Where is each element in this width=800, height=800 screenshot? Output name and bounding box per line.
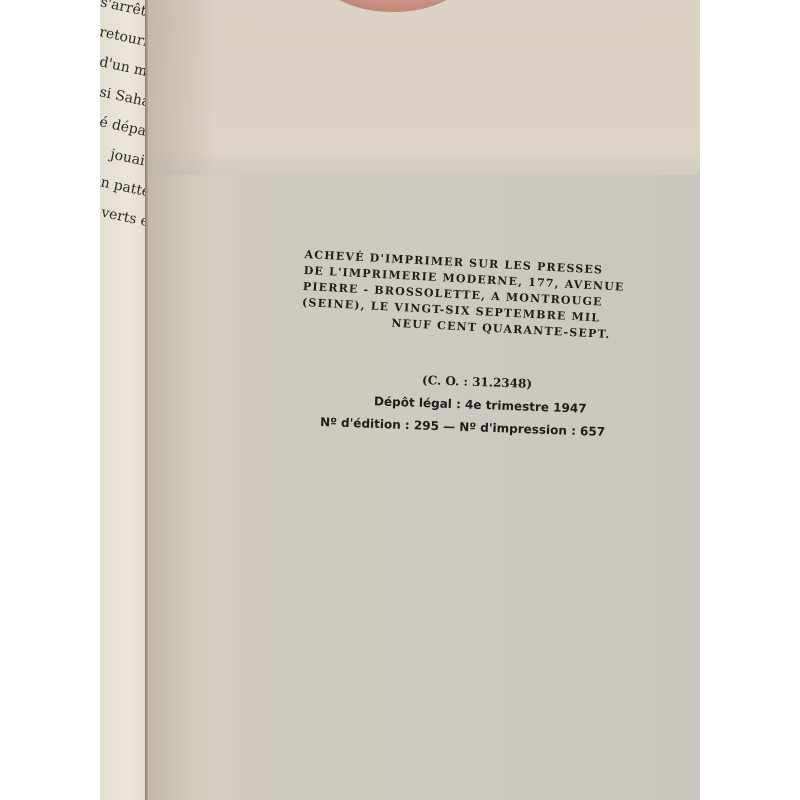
gutter-shadow [148,0,218,800]
printer-statement: ACHEVÉ D'IMPRIMER SUR LES PRESSES DE L'I… [301,247,665,346]
depot-legal: Dépôt légal : 4e trimestre 1947 [374,394,587,415]
book-photo: s'arrêta retourner d'un mo- si Saha, é d… [100,0,700,800]
co-number: (C. O. : 31.2348) [422,373,532,391]
left-facing-page: s'arrêta retourner d'un mo- si Saha, é d… [100,0,148,800]
light-band [148,0,700,175]
left-page-text: s'arrêta retourner d'un mo- si Saha, é d… [100,0,148,234]
colophon-page: ACHEVÉ D'IMPRIMER SUR LES PRESSES DE L'I… [148,0,700,800]
edition-impression-numbers: Nº d'édition : 295 — Nº d'impression : 6… [320,415,606,439]
colophon-block: ACHEVÉ D'IMPRIMER SUR LES PRESSES DE L'I… [305,247,665,327]
